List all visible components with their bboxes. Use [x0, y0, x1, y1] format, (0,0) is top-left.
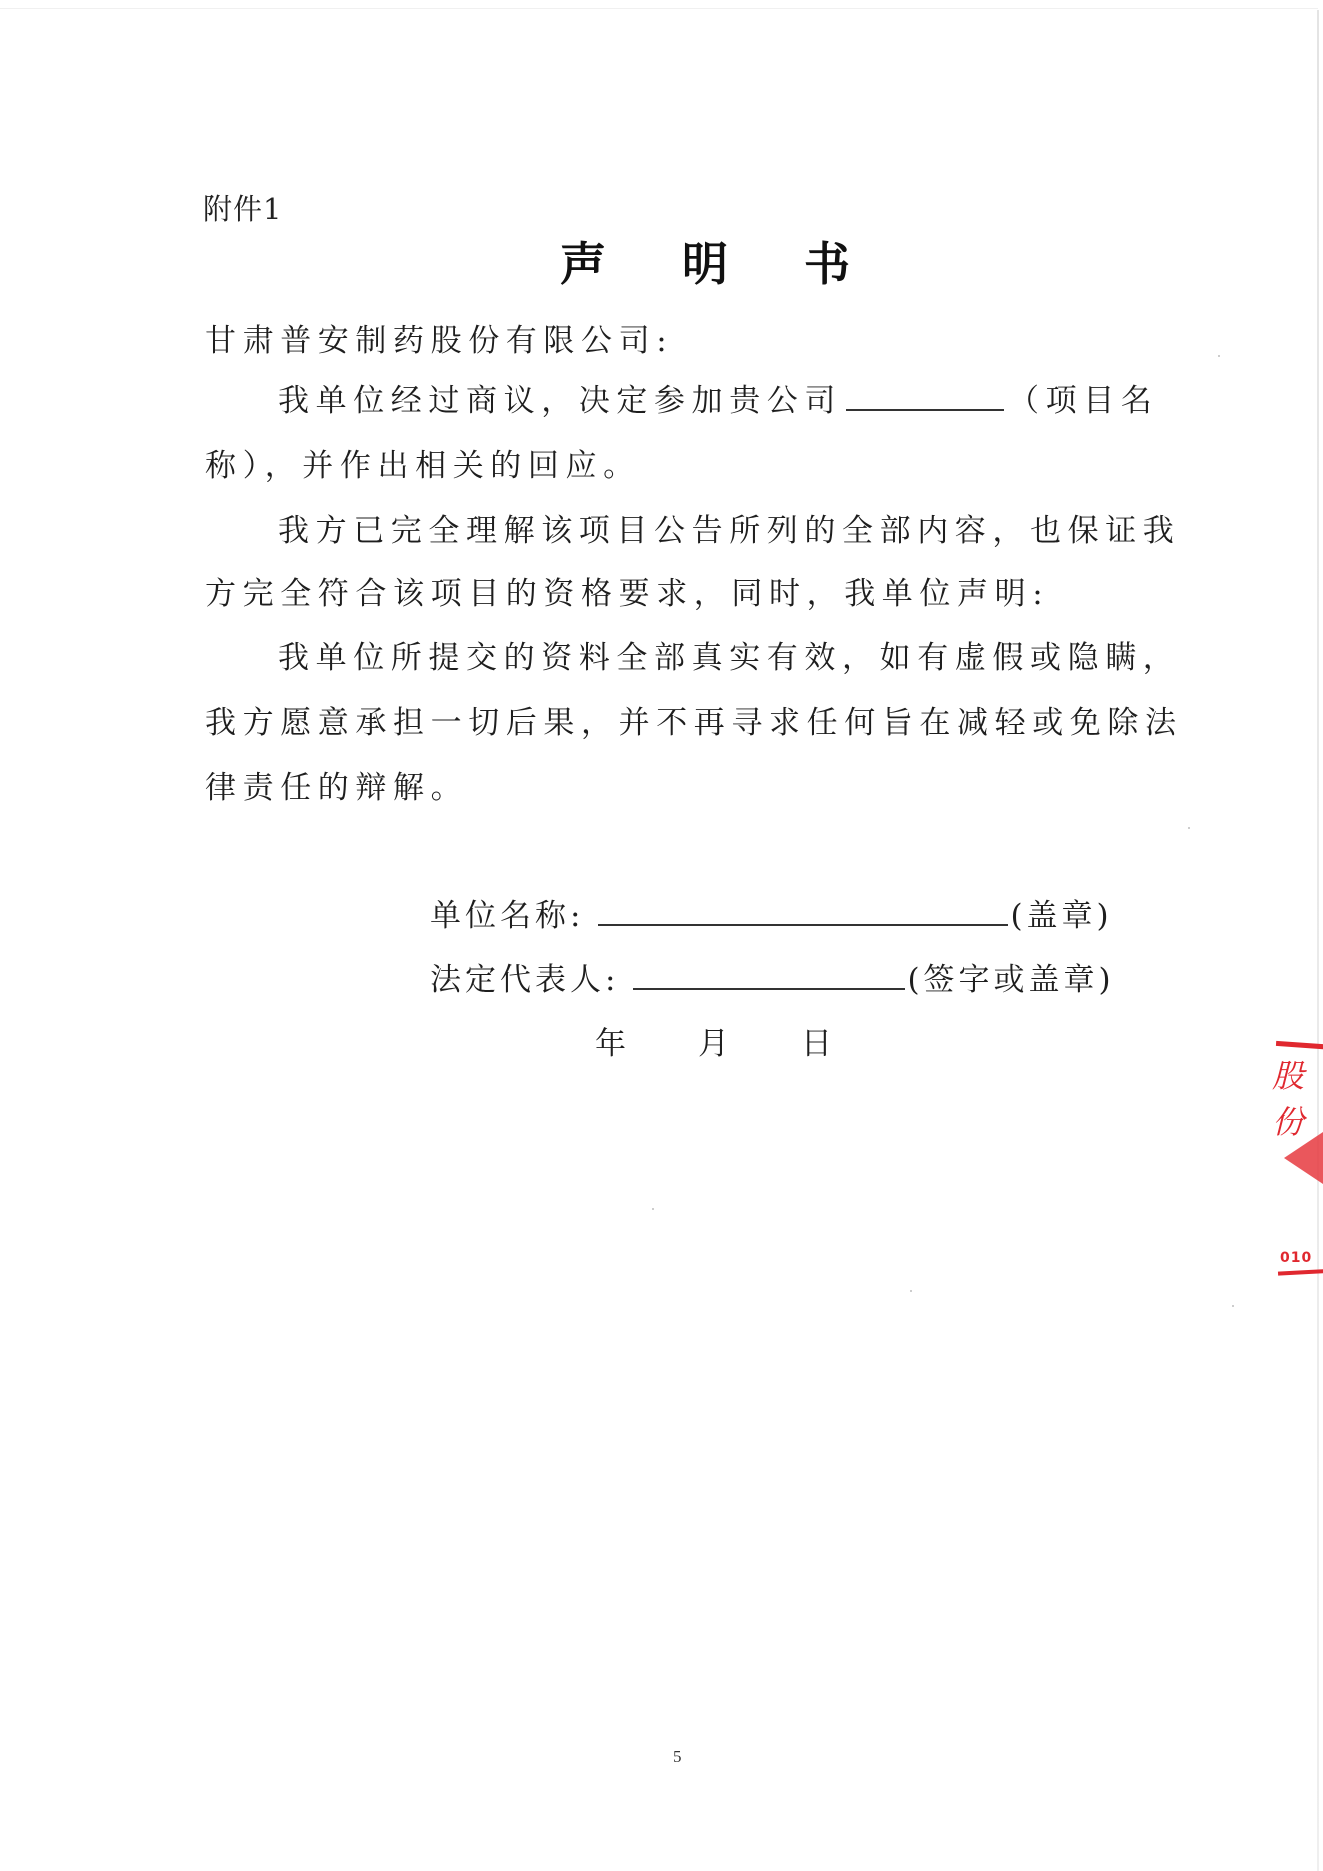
- date-row: 年月日: [595, 1018, 832, 1063]
- attachment-label: 附件1: [203, 187, 282, 228]
- page-number: 5: [673, 1747, 682, 1767]
- unit-name-blank: [598, 902, 1008, 926]
- scan-speck: [1188, 827, 1190, 829]
- date-year: 年: [595, 1018, 626, 1063]
- signature-representative-row: 法定代表人:(签字或盖章): [430, 954, 1115, 999]
- unit-name-suffix: (盖章): [1010, 898, 1112, 934]
- p1-text-after-blank: （项目名: [1008, 383, 1158, 419]
- paragraph-3-line-2: 我方愿意承担一切后果，并不再寻求任何旨在减轻或免除法: [205, 697, 1183, 742]
- scan-speck: [910, 1290, 912, 1292]
- project-name-blank: [846, 387, 1004, 411]
- paragraph-1-line-1: 我单位经过商议，决定参加贵公司（项目名: [278, 375, 1158, 420]
- addressee: 甘肃普安制药股份有限公司:: [205, 315, 673, 360]
- legal-rep-blank: [633, 966, 905, 990]
- red-seal-fragment: 股份 010: [1268, 1035, 1323, 1295]
- unit-name-label: 单位名称:: [430, 898, 584, 934]
- legal-rep-suffix: (签字或盖章): [907, 962, 1114, 998]
- signature-unit-row: 单位名称:(盖章): [430, 890, 1113, 935]
- scan-speck: [652, 1208, 654, 1210]
- legal-rep-label: 法定代表人:: [430, 962, 619, 998]
- seal-star-icon: [1284, 1130, 1323, 1186]
- date-month: 月: [698, 1018, 729, 1063]
- paragraph-2-line-1: 我方已完全理解该项目公告所列的全部内容，也保证我: [278, 505, 1180, 550]
- date-day: 日: [801, 1018, 832, 1063]
- seal-bottom-bar: [1278, 1268, 1323, 1275]
- page-right-edge: [1317, 10, 1319, 1871]
- scan-speck: [1232, 1305, 1234, 1307]
- scan-speck: [1218, 355, 1220, 357]
- paragraph-3-line-3: 律责任的辩解。: [205, 762, 468, 807]
- p1-text-before-blank: 我单位经过商议，决定参加贵公司: [278, 383, 842, 419]
- paragraph-1-line-2: 称），并作出相关的回应。: [205, 440, 641, 485]
- document-title: 声 明 书: [560, 228, 880, 294]
- paragraph-2-line-2: 方完全符合该项目的资格要求，同时，我单位声明:: [205, 568, 1049, 613]
- page-top-edge: [0, 8, 1318, 9]
- seal-digits: 010: [1280, 1250, 1312, 1266]
- document-page: 附件1 声 明 书 甘肃普安制药股份有限公司: 我单位经过商议，决定参加贵公司（…: [0, 0, 1323, 1871]
- seal-top-bar: [1276, 1041, 1323, 1050]
- paragraph-3-line-1: 我单位所提交的资料全部真实有效，如有虚假或隐瞒，: [278, 632, 1180, 677]
